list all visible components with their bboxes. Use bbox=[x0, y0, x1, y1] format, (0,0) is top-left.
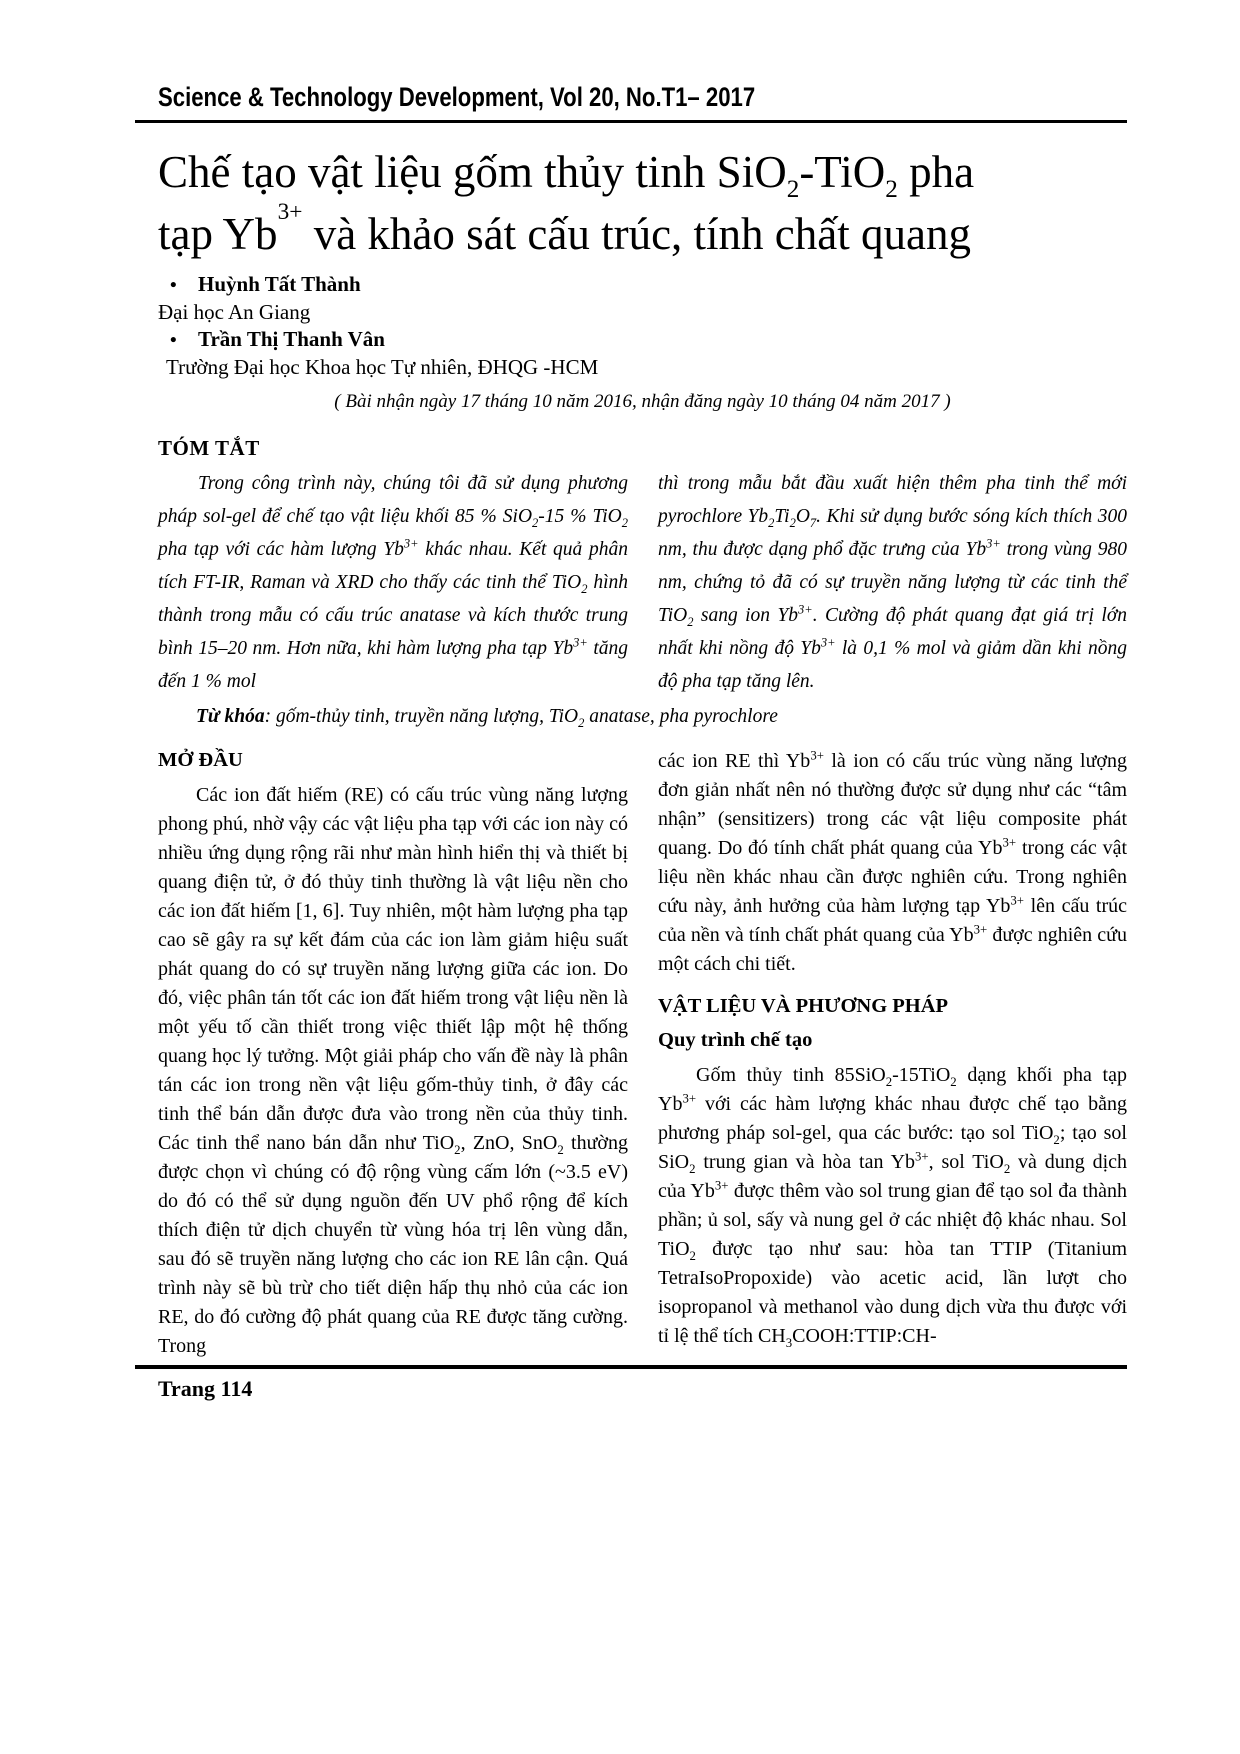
author-1-affiliation: Đại học An Giang bbox=[158, 299, 1127, 326]
page-content: Science & Technology Development, Vol 20… bbox=[158, 84, 1127, 1403]
received-dates: ( Bài nhận ngày 17 tháng 10 năm 2016, nh… bbox=[158, 390, 1127, 414]
author-1-name: Huỳnh Tất Thành bbox=[198, 272, 361, 296]
author-2: •Trần Thị Thanh Vân bbox=[158, 326, 1127, 354]
abstract-text-left: Trong công trình này, chúng tôi đã sử dụ… bbox=[158, 467, 628, 698]
abstract-column-right: thì trong mẫu bắt đầu xuất hiện thêm pha… bbox=[658, 467, 1127, 698]
author-1: •Huỳnh Tất Thành bbox=[158, 271, 1127, 299]
abstract-text-right: thì trong mẫu bắt đầu xuất hiện thêm pha… bbox=[658, 467, 1127, 698]
body-column-left: MỞ ĐẦU Các ion đất hiếm (RE) có cấu trúc… bbox=[158, 747, 628, 1361]
body-columns: MỞ ĐẦU Các ion đất hiếm (RE) có cấu trúc… bbox=[158, 747, 1127, 1361]
abstract-column-left: Trong công trình này, chúng tôi đã sử dụ… bbox=[158, 467, 628, 698]
header-rule bbox=[135, 120, 1127, 123]
materials-paragraph: Gốm thủy tinh 85SiO2-15TiO2 dạng khối ph… bbox=[658, 1061, 1127, 1351]
footer-rule bbox=[135, 1365, 1127, 1369]
journal-header: Science & Technology Development, Vol 20… bbox=[158, 84, 953, 110]
author-2-name: Trần Thị Thanh Vân bbox=[198, 327, 385, 351]
keywords-label: Từ khóa bbox=[196, 706, 265, 727]
body-column-right: các ion RE thì Yb3+ là ion có cấu trúc v… bbox=[658, 747, 1127, 1361]
abstract-heading: TÓM TẮT bbox=[158, 436, 1127, 461]
materials-subheading: Quy trình chế tạo bbox=[658, 1027, 1127, 1053]
intro-paragraph: Các ion đất hiếm (RE) có cấu trúc vùng n… bbox=[158, 781, 628, 1361]
author-list: •Huỳnh Tất Thành Đại học An Giang •Trần … bbox=[158, 271, 1127, 381]
bullet-icon: • bbox=[170, 327, 198, 354]
keywords-line: Từ khóa: gốm-thủy tinh, truyền năng lượn… bbox=[158, 700, 1127, 733]
intro-heading: MỞ ĐẦU bbox=[158, 747, 628, 773]
paper-page: Science & Technology Development, Vol 20… bbox=[0, 0, 1240, 1754]
article-title: Chế tạo vật liệu gốm thủy tinh SiO2-TiO2… bbox=[158, 141, 1127, 265]
bullet-icon: • bbox=[170, 272, 198, 299]
materials-heading: VẬT LIỆU VÀ PHƯƠNG PHÁP bbox=[658, 993, 1127, 1019]
page-number-label: Trang 114 bbox=[158, 1375, 1127, 1403]
author-2-affiliation: Trường Đại học Khoa học Tự nhiên, ĐHQG -… bbox=[158, 354, 1127, 381]
keywords-text: : gốm-thủy tinh, truyền năng lượng, TiO2… bbox=[265, 706, 778, 727]
intro-paragraph-continued: các ion RE thì Yb3+ là ion có cấu trúc v… bbox=[658, 747, 1127, 979]
abstract-columns: Trong công trình này, chúng tôi đã sử dụ… bbox=[158, 467, 1127, 698]
